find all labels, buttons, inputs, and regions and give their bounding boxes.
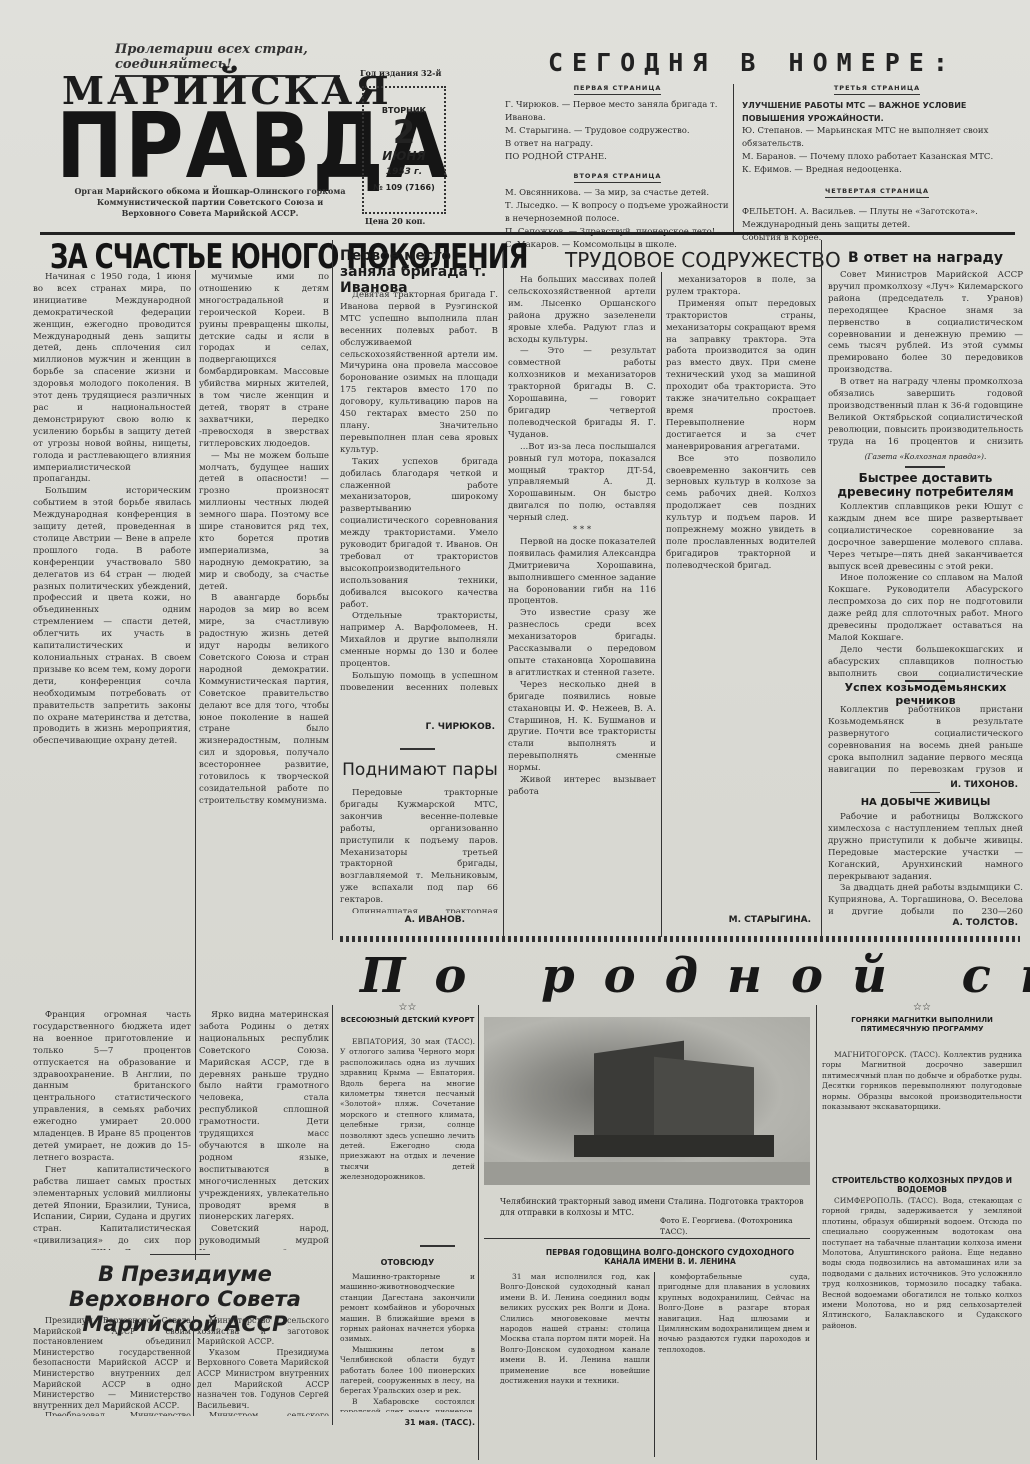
sodruzhestvo-headline: ТРУДОВОЕ СОДРУЖЕСТВО — [565, 248, 841, 272]
toc-item: М. Старыгина. — Трудовое содружество. — [505, 125, 730, 138]
divider — [332, 240, 333, 940]
paragraph: ЕВПАТОРИЯ, 30 мая (ТАСС). У отлогого зал… — [340, 1037, 475, 1183]
pary-headline: Поднимают пары — [340, 760, 500, 780]
toc-item: Т. Лыседко. — К вопросу о подъеме урожай… — [505, 200, 730, 226]
contents-page-1: ПЕРВАЯ СТРАНИЦА Г. Чирюков. — Первое мес… — [505, 82, 730, 252]
award-headline: В ответ на награду — [828, 250, 1023, 266]
paragraph: Одиннадцатая тракторная бригада, руковод… — [340, 907, 498, 913]
rodnoy-headline: По родной стране — [360, 948, 1030, 1004]
month: ИЮНЯ — [364, 149, 444, 163]
lead-col1: Начиная с 1950 года, 1 июня во всех стра… — [33, 272, 191, 1007]
paragraph: ...Вот из-за леса послышался ровный гул … — [508, 442, 656, 525]
paragraph: Рабочие и работницы Волжского химлесхоза… — [828, 812, 1023, 883]
canal-col1: 31 мая исполнился год, как Волго-Донской… — [500, 1272, 650, 1457]
paragraph: Передовые тракторные бригады Кужмарской … — [340, 788, 498, 907]
timber-headline: Быстрее доставить древесину потребителям — [828, 472, 1023, 500]
resin-body: Рабочие и работницы Волжского химлесхоза… — [828, 812, 1023, 915]
ground — [484, 1162, 810, 1185]
lead-col2-cont: Ярко видна материнская забота Родины о д… — [199, 1010, 329, 1250]
presidium-col2: Министерство сельского хозяйства и загот… — [197, 1316, 329, 1416]
sodruzhestvo-col2: механизаторов в поле, за рулем трактора.… — [666, 275, 816, 910]
paragraph: Таких успехов бригада добилась благодаря… — [340, 457, 498, 612]
paragraph: В авангарде борьбы народов за мир во все… — [199, 593, 329, 807]
timber-body: Коллектив сплавщиков реки Юшут с каждым … — [828, 502, 1023, 677]
paragraph: Гнет капиталистического рабства лишает с… — [33, 1165, 191, 1250]
section-label: ВТОРАЯ СТРАНИЦА — [574, 172, 662, 183]
paragraph: Мышкины летом в Челябинской области буду… — [340, 1345, 475, 1397]
paragraph: Министерство сельского хозяйства и загот… — [197, 1316, 329, 1348]
date-box: ВТОРНИК 2 ИЮНЯ 1953 г. № 109 (7166) — [362, 86, 446, 214]
separator — [905, 466, 945, 468]
brigade-body: Девятая тракторная бригада Г. Иванова пе… — [340, 290, 498, 690]
award-body: Совет Министров Марийской АССР вручил пр… — [828, 270, 1023, 448]
newspaper-page: Пролетарии всех стран, соединяйтесь! МАР… — [0, 0, 1030, 1464]
divider — [503, 250, 504, 940]
year-of-issue: Год издания 32-й — [360, 68, 441, 78]
stars-icon: ☆☆ — [340, 1002, 475, 1013]
paragraph: Коллектив сплавщиков реки Юшут с каждым … — [828, 502, 1023, 573]
award-source: (Газета «Колхозная правда»). — [828, 452, 1023, 461]
paragraph: Машинно-тракторные и машинно-животноводч… — [340, 1272, 475, 1345]
paragraph: Ярко видна материнская забота Родины о д… — [199, 1010, 329, 1224]
miners-headline: ГОРНЯКИ МАГНИТКИ ВЫПОЛНИЛИ ПЯТИМЕСЯЧНУЮ … — [822, 1016, 1022, 1034]
toc-item: Международный день защиты детей. — [742, 219, 1012, 232]
otovsyudu-headline: ОТОВСЮДУ — [340, 1258, 475, 1267]
resort-body: ЕВПАТОРИЯ, 30 мая (ТАСС). У отлогого зал… — [340, 1037, 475, 1229]
masthead-rule — [40, 232, 1015, 235]
wavy-rule — [340, 936, 1020, 942]
year: 1953 г. — [364, 167, 444, 177]
separator — [400, 748, 435, 750]
toc-item: М. Овсянникова. — За мир, за счастье дет… — [505, 187, 730, 200]
divider — [478, 1005, 479, 1460]
paragraph: Иное положение со сплавом на Малой Кокша… — [828, 573, 1023, 644]
price: Цена 20 коп. — [365, 216, 425, 226]
tractor-photo — [484, 1017, 810, 1185]
paragraph: Девятая тракторная бригада Г. Иванова пе… — [340, 290, 498, 457]
canal-headline: ПЕРВАЯ ГОДОВЩИНА ВОЛГО-ДОНСКОГО СУДОХОДН… — [540, 1248, 800, 1266]
paragraph: На больших массивах полей сельскохозяйст… — [508, 275, 656, 346]
paragraph: В Хабаровске состоялся городской слет юн… — [340, 1397, 475, 1412]
paragraph: За двадцать дней работы вздымщики С. Куп… — [828, 883, 1023, 915]
lead-col2: мучимые ими по отношению к детям многост… — [199, 272, 329, 1007]
asterisks: * * * — [508, 525, 656, 537]
paragraph: Через несколько дней в бригаде появились… — [508, 680, 656, 775]
paragraph: — Мы не можем больше молчать, будущее на… — [199, 451, 329, 594]
ponds-headline: СТРОИТЕЛЬСТВО КОЛХОЗНЫХ ПРУДОВ И ВОДОЕМО… — [822, 1176, 1022, 1194]
resin-headline: НА ДОБЫЧЕ ЖИВИЦЫ — [828, 797, 1023, 809]
rivermen-headline: Успех козьмодемьянских речников — [828, 682, 1023, 707]
paragraph: Указом Президиума Верховного Совета Мари… — [197, 1348, 329, 1412]
divider — [193, 1316, 194, 1416]
paragraph: комфортабельные суда, пригодные для плав… — [658, 1272, 810, 1355]
stars-icon: ☆☆ — [822, 1002, 1022, 1013]
paragraph: Это известие сразу же разнеслось среди в… — [508, 608, 656, 679]
section-label: ЧЕТВЕРТАЯ СТРАНИЦА — [825, 187, 929, 198]
tractor-shape — [654, 1057, 754, 1148]
paragraph: Коллектив работников пристани Козьмодемь… — [828, 705, 1023, 778]
toc-item: Г. Чирюков. — Первое место заняла бригад… — [505, 99, 730, 125]
tractor-track — [574, 1135, 774, 1157]
toc-item: М. Баранов. — Почему плохо работает Каза… — [742, 151, 1012, 164]
paragraph: 31 мая исполнился год, как Волго-Донской… — [500, 1272, 650, 1386]
paragraph: Президиум Верховного Совета Марийской АС… — [33, 1316, 191, 1411]
canal-col2: комфортабельные суда, пригодные для плав… — [658, 1272, 810, 1457]
paragraph: МАГНИТОГОРСК. (ТАСС). Коллектив рудника … — [822, 1050, 1022, 1112]
paragraph: механизаторов в поле, за рулем трактора. — [666, 275, 816, 299]
paragraph: СИМФЕРОПОЛЬ. (ТАСС). Вода, стекающая с г… — [822, 1196, 1022, 1331]
paragraph: Дело чести большекокшагских и абасурских… — [828, 645, 1023, 677]
otovsyudu-body: Машинно-тракторные и машинно-животноводч… — [340, 1272, 475, 1412]
paragraph: Применяя опыт передовых трактористов стр… — [666, 299, 816, 454]
paragraph: Министром сельского хозяйства и заготово… — [197, 1411, 329, 1416]
resin-signature: А. ТОЛСТОВ. — [828, 918, 1018, 928]
day: 2 — [364, 115, 444, 149]
section-label: ТРЕТЬЯ СТРАНИЦА — [834, 84, 920, 95]
lead-col1-cont: Фpанция огромная часть государственного … — [33, 1010, 191, 1250]
toc-item: К. Ефимов. — Вредная недооценка. — [742, 164, 1012, 177]
separator — [420, 1245, 455, 1247]
divider — [654, 1272, 655, 1457]
resort-headline: ВСЕСОЮЗНЫЙ ДЕТСКИЙ КУРОРТ — [340, 1016, 475, 1025]
paragraph: Большую помощь в успешном проведении вес… — [340, 671, 498, 690]
paragraph: Преобразовал Министерство сельского хозя… — [33, 1411, 191, 1416]
divider — [733, 84, 734, 234]
toc-item: В ответ на награду. — [505, 138, 730, 151]
divider — [484, 1238, 810, 1239]
separator — [910, 792, 940, 793]
toc-item: ПО РОДНОЙ СТРАНЕ. — [505, 151, 730, 164]
paragraph: Фpанция огромная часть государственного … — [33, 1010, 191, 1165]
paragraph: В ответ на награду члены промколхоза обя… — [828, 377, 1023, 448]
paragraph: Все это позволило своевременно закончить… — [666, 454, 816, 573]
pary-body: Передовые тракторные бригады Кужмарской … — [340, 788, 498, 913]
paragraph: Начиная с 1950 года, 1 июня во всех стра… — [33, 272, 191, 486]
toc-item: Ю. Степанов. — Марьинская МТС не выполня… — [742, 125, 1012, 151]
masthead-organ: Орган Марийского обкома и Йошкар-Олинско… — [70, 186, 350, 219]
paragraph: Большим историческим событием в этой бор… — [33, 486, 191, 748]
divider — [195, 270, 196, 1260]
divider — [821, 240, 822, 940]
divider — [816, 1005, 817, 1460]
paragraph: Первой на доске показателей появилась фа… — [508, 537, 656, 608]
rivermen-signature: И. ТИХОНОВ. — [828, 780, 1018, 790]
miners-body: МАГНИТОГОРСК. (ТАСС). Коллектив рудника … — [822, 1050, 1022, 1160]
paragraph: мучимые ими по отношению к детям многост… — [199, 272, 329, 451]
ponds-body: СИМФЕРОПОЛЬ. (ТАСС). Вода, стекающая с г… — [822, 1196, 1022, 1458]
paragraph: Живой интерес вызывает работа — [508, 775, 656, 799]
sodruzhestvo-col1: На больших массивах полей сельскохозяйст… — [508, 275, 656, 935]
contents-page-3: ТРЕТЬЯ СТРАНИЦА УЛУЧШЕНИЕ РАБОТЫ МТС — В… — [742, 82, 1012, 245]
paragraph: Совет Министров Марийской АССР вручил пр… — [828, 270, 1023, 377]
toc-item: ФЕЛЬЕТОН. А. Васильев. — Плуты не «Загот… — [742, 206, 1012, 219]
section-label: ПЕРВАЯ СТРАНИЦА — [574, 84, 662, 95]
contents-title: СЕГОДНЯ В НОМЕРЕ: — [548, 48, 957, 77]
toc-item: УЛУЧШЕНИЕ РАБОТЫ МТС — ВАЖНОЕ УСЛОВИЕ ПО… — [742, 99, 1012, 125]
sodruzhestvo-signature: М. СТАРЫГИНА. — [666, 915, 811, 925]
photo-credit: Фото Е. Георгиева. (Фотохроника ТАСС). — [660, 1215, 820, 1237]
paragraph: Отдельные трактористы, например А. Варфо… — [340, 611, 498, 671]
separator — [150, 1254, 210, 1255]
paragraph: — Это — результат совместной работы колх… — [508, 346, 656, 441]
divider — [332, 1005, 333, 1425]
issue-number: № 109 (7166) — [364, 183, 444, 192]
pary-signature: А. ИВАНОВ. — [340, 915, 465, 925]
brigade-signature: Г. ЧИРЮКОВ. — [340, 722, 495, 732]
otovsyudu-dateline: 31 мая. (ТАСС). — [340, 1418, 475, 1427]
rivermen-body: Коллектив работников пристани Козьмодемь… — [828, 705, 1023, 778]
paragraph: Советский народ, руководимый мудрой Комм… — [199, 1224, 329, 1250]
divider — [661, 272, 662, 937]
presidium-col1: Президиум Верховного Совета Марийской АС… — [33, 1316, 191, 1416]
